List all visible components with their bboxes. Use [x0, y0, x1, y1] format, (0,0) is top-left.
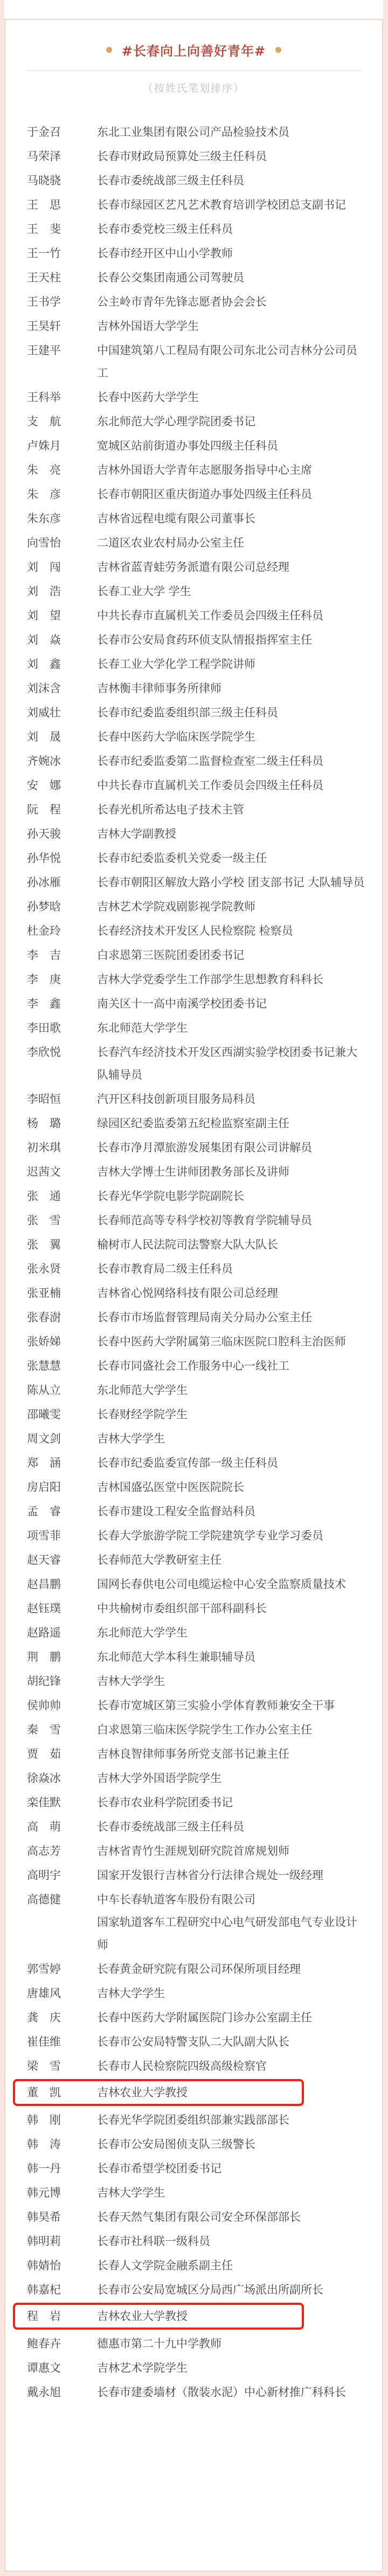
- person-name: 贾 茹: [27, 1743, 97, 1765]
- person-title: 长春天然气集团有限公司安全环保部部长: [97, 2206, 368, 2228]
- list-item: 刘沫含 吉林衡丰律师事务所律师: [5, 677, 382, 700]
- person-title: 吉林大学博士生讲师团教务部长及讲师: [97, 1161, 368, 1183]
- list-item: 刘 闯 吉林省蓝青蛙劳务派遣有限公司总经理: [5, 556, 382, 578]
- list-item: 邵曦雯 长春财经学院学生: [5, 1403, 382, 1426]
- list-item: 张 雪 长春师范高等专科学校初等教育学院辅导员: [5, 1209, 382, 1232]
- person-name: 王科举: [27, 386, 97, 409]
- person-name: 戴永旭: [27, 2381, 97, 2404]
- list-item: 刘 晟 长春中医药大学临床医学院学生: [5, 726, 382, 748]
- person-name: 王 思: [27, 194, 97, 216]
- person-title: 长春公交集团南通公司驾驶员: [97, 266, 368, 289]
- top-strip: [4, 0, 383, 19]
- person-title: 吉林外国语大学青年志愿服务指导中心主席: [97, 459, 368, 481]
- person-name: 周文剑: [27, 1427, 97, 1450]
- person-title: 长春中医药大学附属医院门诊办公室副主任: [97, 2006, 368, 2029]
- person-name: 张春澍: [27, 1306, 97, 1329]
- person-name: 韩嘉杞: [27, 2278, 97, 2301]
- list-item: 阮 程 长春光机所希达电子技术主管: [5, 798, 382, 821]
- person-title: 长春市公安局特警支队二大队副大队长: [97, 2031, 368, 2053]
- list-item: 孙梦晗 吉林艺术学院戏剧影视学院教师: [5, 895, 382, 918]
- person-name: 于金召: [27, 121, 97, 143]
- person-title: 长春光华学院团委组织部兼实践部部长: [97, 2109, 368, 2131]
- person-name: 韩婧怡: [27, 2254, 97, 2277]
- person-name: 徐焱冰: [27, 1767, 97, 1790]
- person-name: 李 鑫: [27, 992, 97, 1015]
- person-name: 刘沫含: [27, 677, 97, 700]
- person-title: 长春市公安局宽城区分局西广场派出所副所长: [97, 2278, 368, 2301]
- highlighted-list-item: 程 岩 吉林农业大学教授: [13, 2303, 304, 2330]
- list-item: 朱东彦 吉林省远程电缆有限公司董事长: [5, 507, 382, 530]
- list-item: 孙冰雁 长春市朝阳区解放大路小学校 团支部书记 大队辅导员: [5, 871, 382, 894]
- person-name: 孙华悦: [27, 847, 97, 869]
- list-item: 郭雪婷 长春黄金研究院有限公司环保所项目经理: [5, 1958, 382, 1980]
- person-title: 白求恩第三医院团委团委书记: [97, 944, 368, 966]
- person-title: 德惠市第二十九中学教师: [97, 2332, 368, 2355]
- person-title: 吉林大学副教授: [97, 823, 368, 845]
- person-name: 郭雪婷: [27, 1958, 97, 1980]
- list-item: 王 思 长春市绿园区艺凡艺术教育培训学校团总支副书记: [5, 194, 382, 216]
- person-name: 朱 亮: [27, 459, 97, 481]
- person-title: 吉林大学党委学生工作部学生思想教育科科长: [97, 968, 368, 991]
- person-title: 中车长春轨道客车股份有限公司 国家轨道客车工程研究中心电气研发部电气专业设计师: [97, 1888, 368, 1956]
- list-item: 高德健 中车长春轨道客车股份有限公司 国家轨道客车工程研究中心电气研发部电气专业…: [5, 1888, 382, 1956]
- highlighted-list-item: 董 凯 吉林农业大学教授: [13, 2079, 304, 2106]
- person-title: 东北工业集团有限公司产品检验技术员: [97, 121, 368, 143]
- list-item: 房启阳 吉林国盛弘医堂中医医院院长: [5, 1476, 382, 1498]
- list-item: 刘 浩 长春工业大学 学生: [5, 580, 382, 603]
- person-title: 长春市同盛社会工作服务中心一线社工: [97, 1355, 368, 1377]
- list-item: 郑 涵 长春市纪委监委宣传部一级主任科员: [5, 1452, 382, 1474]
- person-name: 齐婉冰: [27, 750, 97, 772]
- person-name: 张 翼: [27, 1233, 97, 1256]
- list-item: 周文剑 吉林大学学生: [5, 1427, 382, 1450]
- person-name: 向雪怡: [27, 531, 97, 554]
- person-title: 东北师范大学学生: [97, 1621, 368, 1644]
- person-title: 长春市人民检察院四级高级检察官: [97, 2055, 368, 2077]
- list-item: 韩明莉 长春市社科联一级科员: [5, 2230, 382, 2253]
- person-title: 吉林农业大学教授: [97, 2081, 302, 2104]
- person-title: 长春人文学院金融系副主任: [97, 2254, 368, 2277]
- person-name: 项雪菲: [27, 1524, 97, 1547]
- person-name: 荆 鹏: [27, 1646, 97, 1668]
- list-item: 安 娜 中共长春市直属机关工作委员会四级主任科员: [5, 774, 382, 797]
- person-title: 中共长春市直属机关工作委员会四级主任科员: [97, 604, 368, 627]
- list-item: 孟 睿 长春市建设工程安全监督站科员: [5, 1500, 382, 1523]
- list-item: 荆 鹏 东北师范大学本科生兼职辅导员: [5, 1646, 382, 1668]
- person-title: 二道区农业农村局办公室主任: [97, 531, 368, 554]
- person-title: 吉林衡丰律师事务所律师: [97, 677, 368, 700]
- person-title: 长春市委统战部三级主任科员: [97, 1815, 368, 1838]
- person-name: 韩明莉: [27, 2230, 97, 2253]
- person-title: 东北师范大学心理学院团委书记: [97, 410, 368, 433]
- list-item: 唐雄风 吉林大学学生: [5, 1982, 382, 2005]
- person-name: 朱东彦: [27, 507, 97, 530]
- list-item: 韩 涛 长春市公安局图侦支队三级警长: [5, 2133, 382, 2156]
- list-item: 朱 彦 长春市朝阳区重庆街道办事处四级主任科员: [5, 483, 382, 506]
- person-title: 长春市社科联一级科员: [97, 2230, 368, 2253]
- list-item: 戴永旭 长春市建委墙材（散装水泥）中心新材推广科科长: [5, 2381, 382, 2404]
- list-item: 崔佳维 长春市公安局特警支队二大队副大队长: [5, 2031, 382, 2053]
- person-title: 长春中医药大学附属第三临床医院口腔科主治医师: [97, 1330, 368, 1353]
- person-title: 东北师范大学学生: [97, 1017, 368, 1039]
- person-name: 孟 睿: [27, 1500, 97, 1523]
- person-title: 吉林大学学生: [97, 1670, 368, 1693]
- person-title: 长春市教育局二级主任科员: [97, 1258, 368, 1280]
- list-item: 赵昌鹏 国网长春供电公司电缆运检中心安全监察质量技术: [5, 1573, 382, 1596]
- list-item: 赵天睿 长春师范大学教研室主任: [5, 1549, 382, 1571]
- person-title: 长春市公安局图侦支队三级警长: [97, 2133, 368, 2156]
- list-item: 马荣泽 长春市财政局预算处三级主任科员: [5, 145, 382, 168]
- list-item: 龚 庆 长春中医药大学附属医院门诊办公室副主任: [5, 2006, 382, 2029]
- person-name: 孙梦晗: [27, 895, 97, 918]
- list-item: 徐焱冰 吉林大学外国语学院学生: [5, 1767, 382, 1790]
- person-name: 杜金玲: [27, 920, 97, 942]
- list-item: 贾 茹 吉林良智律师事务所党支部书记兼主任: [5, 1743, 382, 1765]
- person-name: 谭惠文: [27, 2357, 97, 2379]
- person-title: 南关区十一高中南溪学校团委书记: [97, 992, 368, 1015]
- person-title: 公主岭市青年先锋志愿者协会会长: [97, 291, 368, 313]
- list-item: 王书学 公主岭市青年先锋志愿者协会会长: [5, 291, 382, 313]
- person-name: 孙天骏: [27, 823, 97, 845]
- person-name: 高志芳: [27, 1840, 97, 1862]
- list-item: 张 翼 榆树市人民法院司法警察大队大队长: [5, 1233, 382, 1256]
- person-title: 汽开区科技创新项目服务局科员: [97, 1088, 368, 1110]
- list-item: 陈从立 东北师范大学学生: [5, 1379, 382, 1401]
- announcement-card: #长春向上向善好青年# （按姓氏笔划排序） 于金召 东北工业集团有限公司产品检验…: [4, 19, 383, 2572]
- list-item: 杨 璐 绿园区纪委监委第五纪检监察室副主任: [5, 1112, 382, 1135]
- person-title: 长春中医药大学学生: [97, 386, 368, 409]
- person-title: 吉林国盛弘医堂中医医院院长: [97, 1476, 368, 1498]
- list-item: 李田歌 东北师范大学学生: [5, 1017, 382, 1039]
- person-title: 长春光华学院电影学院副院长: [97, 1185, 368, 1207]
- list-item: 高 萌 长春市委统战部三级主任科员: [5, 1815, 382, 1838]
- person-title: 中共榆树市委组织部干部科副科长: [97, 1597, 368, 1620]
- person-title: 长春财经学院学生: [97, 1403, 368, 1426]
- person-title: 宽城区站前街道办事处四级主任科员: [97, 434, 368, 457]
- person-title: 吉林大学学生: [97, 1982, 368, 2005]
- list-item: 秦 雪 白求恩第三临床医学院学生工作办公室主任: [5, 1718, 382, 1741]
- list-item: 谭惠文 吉林艺术学院学生: [5, 2357, 382, 2379]
- person-title: 榆树市人民法院司法警察大队大队长: [97, 1233, 368, 1256]
- person-title: 吉林良智律师事务所党支部书记兼主任: [97, 1743, 368, 1765]
- person-name: 王一竹: [27, 242, 97, 265]
- list-item: 马晓骁 长春市委统战部三级主任科员: [5, 169, 382, 192]
- person-title: 吉林大学外国语学院学生: [97, 1767, 368, 1790]
- list-item: 初米琪 长春市净月潭旅游发展集团有限公司讲解员: [5, 1136, 382, 1159]
- person-title: 吉林省心悦网络科技有限公司总经理: [97, 1282, 368, 1304]
- person-name: 赵天睿: [27, 1549, 97, 1571]
- list-item: 王建平 中国建筑第八工程局有限公司东北公司吉林分公司员工: [5, 339, 382, 384]
- person-name: 刘 晟: [27, 726, 97, 748]
- person-name: 韩 刚: [27, 2109, 97, 2131]
- person-title: 长春市纪委监委组织部三级主任科员: [97, 701, 368, 724]
- list-item: 韩一丹 长春市希望学校团委书记: [5, 2157, 382, 2180]
- person-title: 吉林省远程电缆有限公司董事长: [97, 507, 368, 530]
- person-name: 王 斐: [27, 218, 97, 240]
- person-title: 长春大学旅游学院工学院建筑学专业学习委员: [97, 1524, 368, 1547]
- person-title: 中国建筑第八工程局有限公司东北公司吉林分公司员工: [97, 339, 368, 384]
- person-name: 韩一丹: [27, 2157, 97, 2180]
- person-title: 吉林外国语大学学生: [97, 315, 368, 337]
- person-title: 吉林省青竹生涯规划研究院首席规划师: [97, 1840, 368, 1862]
- list-item: 朱 亮 吉林外国语大学青年志愿服务指导中心主席: [5, 459, 382, 481]
- person-name: 马荣泽: [27, 145, 97, 168]
- person-name: 李欣悦: [27, 1041, 97, 1063]
- person-title: 吉林艺术学院学生: [97, 2357, 368, 2379]
- person-name: 刘 焱: [27, 629, 97, 651]
- person-title: 吉林艺术学院戏剧影视学院教师: [97, 895, 368, 918]
- person-name: 邵曦雯: [27, 1403, 97, 1426]
- list-item: 杜金玲 长春经济技术开发区人民检察院 检察员: [5, 920, 382, 942]
- list-item: 高明宇 国家开发银行吉林省分行法律合规处一级经理: [5, 1864, 382, 1887]
- person-name: 刘 闯: [27, 556, 97, 578]
- list-item: 王 斐 长春市委党校三级主任科员: [5, 218, 382, 240]
- person-name: 安 娜: [27, 774, 97, 797]
- person-title: 长春市纪委监委第二监督检查室二级主任科员: [97, 750, 368, 772]
- person-name: 卢姝月: [27, 434, 97, 457]
- person-name: 赵昌鹏: [27, 1573, 97, 1596]
- list-item: 鲍春卉 德惠市第二十九中学教师: [5, 2332, 382, 2355]
- header-divider: [26, 70, 362, 71]
- person-title: 长春市朝阳区解放大路小学校 团支部书记 大队辅导员: [97, 871, 368, 894]
- list-item: 韩婧怡 长春人文学院金融系副主任: [5, 2254, 382, 2277]
- list-item: 卢姝月 宽城区站前街道办事处四级主任科员: [5, 434, 382, 457]
- person-name: 韩元博: [27, 2181, 97, 2204]
- gold-dot-icon: [275, 47, 281, 53]
- list-item: 赵路遥 东北师范大学学生: [5, 1621, 382, 1644]
- person-name: 刘 浩: [27, 580, 97, 603]
- person-name: 李 吉: [27, 944, 97, 966]
- list-item: 向雪怡 二道区农业农村局办公室主任: [5, 531, 382, 554]
- person-name: 董 凯: [27, 2081, 97, 2104]
- person-name: 崔佳维: [27, 2031, 97, 2053]
- person-name: 迟茜文: [27, 1161, 97, 1183]
- person-name: 李田歌: [27, 1017, 97, 1039]
- person-name: 高明宇: [27, 1864, 97, 1887]
- person-title: 长春汽车经济技术开发区西湖实验学校团委书记兼大队辅导员: [97, 1041, 368, 1086]
- person-name: 秦 雪: [27, 1718, 97, 1741]
- person-name: 韩 涛: [27, 2133, 97, 2156]
- person-name: 张 雪: [27, 1209, 97, 1232]
- list-item: 王科举 长春中医药大学学生: [5, 386, 382, 409]
- person-title: 长春黄金研究院有限公司环保所项目经理: [97, 1958, 368, 1980]
- person-title: 中共长春市直属机关工作委员会四级主任科员: [97, 774, 368, 797]
- person-name: 梁 雪: [27, 2055, 97, 2077]
- person-name: 赵钰璞: [27, 1597, 97, 1620]
- person-title: 长春市经开区中山小学教师: [97, 242, 368, 265]
- person-title: 东北师范大学本科生兼职辅导员: [97, 1646, 368, 1668]
- page-title: #长春向上向善好青年#: [122, 40, 266, 59]
- person-name: 韩昊希: [27, 2206, 97, 2228]
- person-name: 刘 鑫: [27, 653, 97, 675]
- list-item: 李昭恒 汽开区科技创新项目服务局科员: [5, 1088, 382, 1110]
- list-item: 刘 焱 长春市公安局食药环侦支队情报指挥室主任: [5, 629, 382, 651]
- person-name: 王建平: [27, 339, 97, 362]
- person-title: 长春市农业科学院团委书记: [97, 1791, 368, 1814]
- person-title: 长春市希望学校团委书记: [97, 2157, 368, 2180]
- honor-roll-list: 于金召 东北工业集团有限公司产品检验技术员 马荣泽 长春市财政局预算处三级主任科…: [5, 121, 382, 2404]
- list-item: 迟茜文 吉林大学博士生讲师团教务部长及讲师: [5, 1161, 382, 1183]
- person-title: 长春市建设工程安全监督站科员: [97, 1500, 368, 1523]
- person-title: 东北师范大学学生: [97, 1379, 368, 1401]
- person-title: 长春市市场监督管理局南关分局办公室主任: [97, 1306, 368, 1329]
- person-title: 长春工业大学 学生: [97, 580, 368, 603]
- list-item: 李欣悦 长春汽车经济技术开发区西湖实验学校团委书记兼大队辅导员: [5, 1041, 382, 1086]
- person-title: 长春市委党校三级主任科员: [97, 218, 368, 240]
- person-title: 国网长春供电公司电缆运检中心安全监察质量技术: [97, 1573, 368, 1596]
- list-item: 栾佳默 长春市农业科学院团委书记: [5, 1791, 382, 1814]
- person-title: 长春市宽城区第三实验小学体育教师兼安全干事: [97, 1694, 368, 1717]
- list-item: 梁 雪 长春市人民检察院四级高级检察官: [5, 2055, 382, 2077]
- list-item: 赵钰璞 中共榆树市委组织部干部科副科长: [5, 1597, 382, 1620]
- person-title: 长春市纪委监委宣传部一级主任科员: [97, 1452, 368, 1474]
- person-name: 张慧慧: [27, 1355, 97, 1377]
- person-title: 吉林农业大学教授: [97, 2305, 302, 2328]
- list-item: 于金召 东北工业集团有限公司产品检验技术员: [5, 121, 382, 143]
- person-name: 刘威壮: [27, 701, 97, 724]
- person-name: 唐雄风: [27, 1982, 97, 2005]
- person-name: 马晓骁: [27, 169, 97, 192]
- list-item: 李 庚 吉林大学党委学生工作部学生思想教育科科长: [5, 968, 382, 991]
- person-name: 张娇娣: [27, 1330, 97, 1353]
- person-title: 长春中医药大学临床医学院学生: [97, 726, 368, 748]
- person-name: 王天柱: [27, 266, 97, 289]
- list-item: 齐婉冰 长春市纪委监委第二监督检查室二级主任科员: [5, 750, 382, 772]
- list-item: 张慧慧 长春市同盛社会工作服务中心一线社工: [5, 1355, 382, 1377]
- person-title: 国家开发银行吉林省分行法律合规处一级经理: [97, 1864, 368, 1887]
- person-title: 吉林大学学生: [97, 2181, 368, 2204]
- person-title: 长春经济技术开发区人民检察院 检察员: [97, 920, 368, 942]
- list-item: 韩昊希 长春天然气集团有限公司安全环保部部长: [5, 2206, 382, 2228]
- person-title: 长春市财政局预算处三级主任科员: [97, 145, 368, 168]
- person-title: 长春师范高等专科学校初等教育学院辅导员: [97, 1209, 368, 1232]
- person-name: 王书学: [27, 291, 97, 313]
- list-item: 刘威壮 长春市纪委监委组织部三级主任科员: [5, 701, 382, 724]
- list-item: 韩元博 吉林大学学生: [5, 2181, 382, 2204]
- list-item: 侯帅帅 长春市宽城区第三实验小学体育教师兼安全干事: [5, 1694, 382, 1717]
- list-item: 王天柱 长春公交集团南通公司驾驶员: [5, 266, 382, 289]
- person-name: 李 庚: [27, 968, 97, 991]
- person-name: 程 岩: [27, 2305, 97, 2328]
- person-title: 长春市纪委监委机关党委一级主任: [97, 847, 368, 869]
- person-name: 侯帅帅: [27, 1694, 97, 1717]
- person-title: 绿园区纪委监委第五纪检监察室副主任: [97, 1112, 368, 1135]
- person-name: 朱 彦: [27, 483, 97, 506]
- person-title: 长春师范大学教研室主任: [97, 1549, 368, 1571]
- person-name: 支 航: [27, 410, 97, 433]
- person-title: 长春工业大学化学工程学院讲师: [97, 653, 368, 675]
- list-item: 王一竹 长春市经开区中山小学教师: [5, 242, 382, 265]
- person-name: 陈从立: [27, 1379, 97, 1401]
- list-item: 张春澍 长春市市场监督管理局南关分局办公室主任: [5, 1306, 382, 1329]
- person-name: 王昊轩: [27, 315, 97, 337]
- person-title: 白求恩第三临床医学院学生工作办公室主任: [97, 1718, 368, 1741]
- person-name: 张永贤: [27, 1258, 97, 1280]
- person-title: 长春市朝阳区重庆街道办事处四级主任科员: [97, 483, 368, 506]
- person-title: 吉林省蓝青蛙劳务派遣有限公司总经理: [97, 556, 368, 578]
- person-title: 长春光机所希达电子技术主管: [97, 798, 368, 821]
- person-name: 孙冰雁: [27, 871, 97, 894]
- person-name: 李昭恒: [27, 1088, 97, 1110]
- list-item: 刘 鑫 长春工业大学化学工程学院讲师: [5, 653, 382, 675]
- list-item: 刘 望 中共长春市直属机关工作委员会四级主任科员: [5, 604, 382, 627]
- list-item: 胡纪锋 吉林大学学生: [5, 1670, 382, 1693]
- list-item: 张亚楠 吉林省心悦网络科技有限公司总经理: [5, 1282, 382, 1304]
- person-title: 长春市建委墙材（散装水泥）中心新材推广科科长: [97, 2381, 368, 2404]
- page-header: #长春向上向善好青年#: [5, 40, 382, 59]
- list-item: 项雪菲 长春大学旅游学院工学院建筑学专业学习委员: [5, 1524, 382, 1547]
- person-name: 栾佳默: [27, 1791, 97, 1814]
- list-item: 孙天骏 吉林大学副教授: [5, 823, 382, 845]
- person-name: 初米琪: [27, 1136, 97, 1159]
- person-name: 张亚楠: [27, 1282, 97, 1304]
- list-item: 韩嘉杞 长春市公安局宽城区分局西广场派出所副所长: [5, 2278, 382, 2301]
- person-name: 杨 璐: [27, 1112, 97, 1135]
- list-item: 王昊轩 吉林外国语大学学生: [5, 315, 382, 337]
- sort-order-note: （按姓氏笔划排序）: [5, 80, 382, 95]
- person-name: 鲍春卉: [27, 2332, 97, 2355]
- list-item: 韩 刚 长春光华学院团委组织部兼实践部部长: [5, 2109, 382, 2131]
- list-item: 张娇娣 长春中医药大学附属第三临床医院口腔科主治医师: [5, 1330, 382, 1353]
- person-name: 高 萌: [27, 1815, 97, 1838]
- list-item: 张 通 长春光华学院电影学院副院长: [5, 1185, 382, 1207]
- person-title: 吉林大学学生: [97, 1427, 368, 1450]
- person-name: 刘 望: [27, 604, 97, 627]
- person-title: 长春市委统战部三级主任科员: [97, 169, 368, 192]
- list-item: 孙华悦 长春市纪委监委机关党委一级主任: [5, 847, 382, 869]
- person-name: 高德健: [27, 1888, 97, 1911]
- person-title: 长春市绿园区艺凡艺术教育培训学校团总支副书记: [97, 194, 368, 216]
- person-name: 房启阳: [27, 1476, 97, 1498]
- list-item: 支 航 东北师范大学心理学院团委书记: [5, 410, 382, 433]
- person-name: 胡纪锋: [27, 1670, 97, 1693]
- person-name: 龚 庆: [27, 2006, 97, 2029]
- list-item: 李 吉 白求恩第三医院团委团委书记: [5, 944, 382, 966]
- person-title: 长春市公安局食药环侦支队情报指挥室主任: [97, 629, 368, 651]
- person-name: 赵路遥: [27, 1621, 97, 1644]
- person-name: 阮 程: [27, 798, 97, 821]
- person-name: 郑 涵: [27, 1452, 97, 1474]
- list-item: 张永贤 长春市教育局二级主任科员: [5, 1258, 382, 1280]
- list-item: 李 鑫 南关区十一高中南溪学校团委书记: [5, 992, 382, 1015]
- gold-dot-icon: [106, 47, 112, 53]
- person-title: 长春市净月潭旅游发展集团有限公司讲解员: [97, 1136, 368, 1159]
- person-name: 张 通: [27, 1185, 97, 1207]
- list-item: 高志芳 吉林省青竹生涯规划研究院首席规划师: [5, 1840, 382, 1862]
